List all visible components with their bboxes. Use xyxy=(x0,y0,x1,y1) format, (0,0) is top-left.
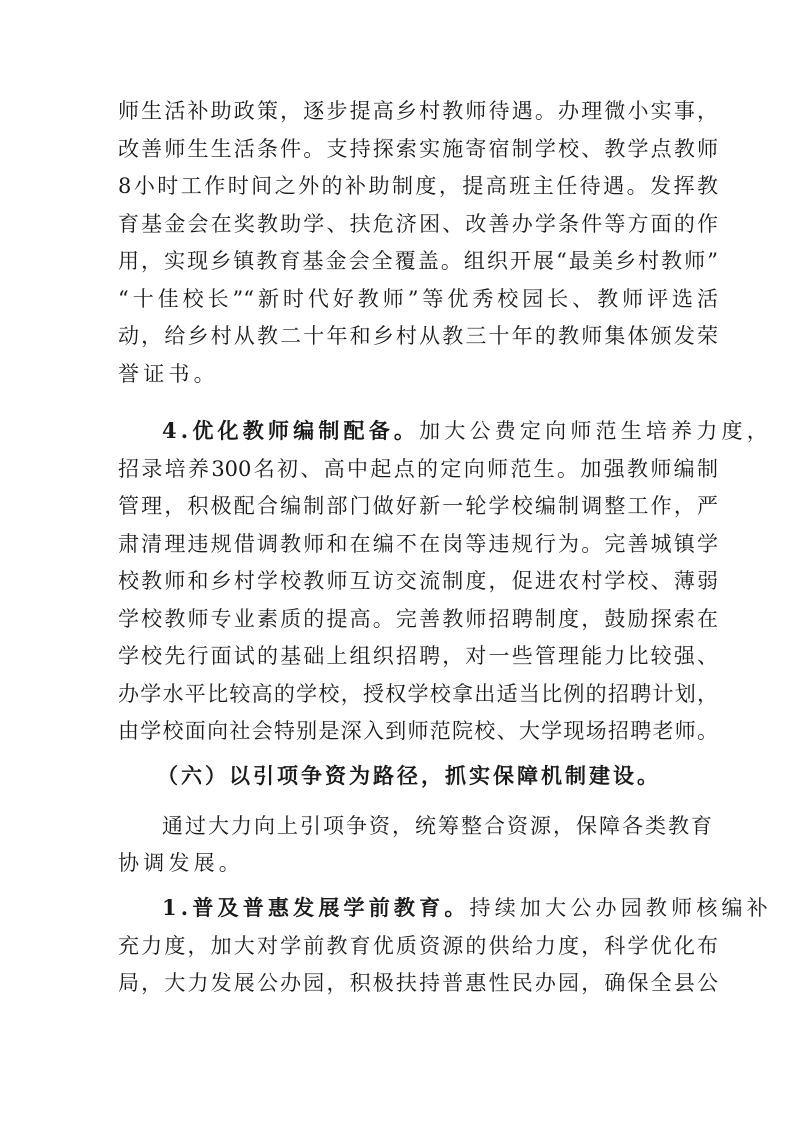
section-heading: （六）以引项争资为路径，抓实保障机制建设。 xyxy=(157,761,661,791)
paragraph-line: 学校教师专业素质的提高。完善教师招聘制度，鼓励探索在 xyxy=(118,604,718,634)
paragraph-line: 动，给乡村从教二十年和乡村从教三十年的教师集体颁发荣 xyxy=(118,321,718,351)
paragraph-first-line: 通过大力向上引项争资，统筹整合资源，保障各类教育 xyxy=(162,811,712,841)
paragraph-line: 招录培养300名初、高中起点的定向师范生。加强教师编制 xyxy=(118,454,718,484)
paragraph-line: “十佳校长”“新时代好教师”等优秀校园长、教师评选活 xyxy=(118,284,718,314)
paragraph-line: 誉证书。 xyxy=(118,359,718,389)
paragraph-line: 肃清理违规借调教师和在编不在岗等违规行为。完善城镇学 xyxy=(118,529,718,559)
paragraph-line: 校教师和乡村学校教师互访交流制度，促进农村学校、薄弱 xyxy=(118,566,718,596)
paragraph-line: 育基金会在奖教助学、扶危济困、改善办学条件等方面的作 xyxy=(118,209,718,239)
paragraph-text: 加大公费定向师范生培养力度， xyxy=(419,419,772,443)
paragraph-line: 局，大力发展公办园，积极扶持普惠性民办园，确保全县公 xyxy=(118,968,718,998)
item-heading: 1.普及普惠发展学前教育。 xyxy=(162,895,470,920)
paragraph-line: 协调发展。 xyxy=(118,848,718,878)
item-heading: 4.优化教师编制配备。 xyxy=(162,418,419,443)
paragraph-line: 充力度，加大对学前教育优质资源的供给力度，科学优化布 xyxy=(118,931,718,961)
paragraph-first-line: 1.普及普惠发展学前教育。持续加大公办园教师核编补 xyxy=(162,893,712,923)
paragraph-text: 持续加大公办园教师核编补 xyxy=(470,896,772,920)
paragraph-line: 8小时工作时间之外的补助制度，提高班主任待遇。发挥教 xyxy=(118,171,718,201)
paragraph-line: 学校先行面试的基础上组织招聘，对一些管理能力比较强、 xyxy=(118,641,718,671)
document-page: 师生活补助政策，逐步提高乡村教师待遇。办理微小实事， 改善师生生活条件。支持探索… xyxy=(0,0,793,1122)
paragraph-line: 用，实现乡镇教育基金会全覆盖。组织开展“最美乡村教师” xyxy=(118,246,718,276)
paragraph-first-line: 4.优化教师编制配备。加大公费定向师范生培养力度， xyxy=(162,416,718,446)
paragraph-line: 改善师生生活条件。支持探索实施寄宿制学校、教学点教师 xyxy=(118,134,718,164)
paragraph-line: 办学水平比较高的学校，授权学校拿出适当比例的招聘计划， xyxy=(118,679,718,709)
paragraph-line: 管理，积极配合编制部门做好新一轮学校编制调整工作，严 xyxy=(118,491,718,521)
paragraph-line: 由学校面向社会特别是深入到师范院校、大学现场招聘老师。 xyxy=(118,716,718,746)
paragraph-line: 师生活补助政策，逐步提高乡村教师待遇。办理微小实事， xyxy=(118,96,718,126)
